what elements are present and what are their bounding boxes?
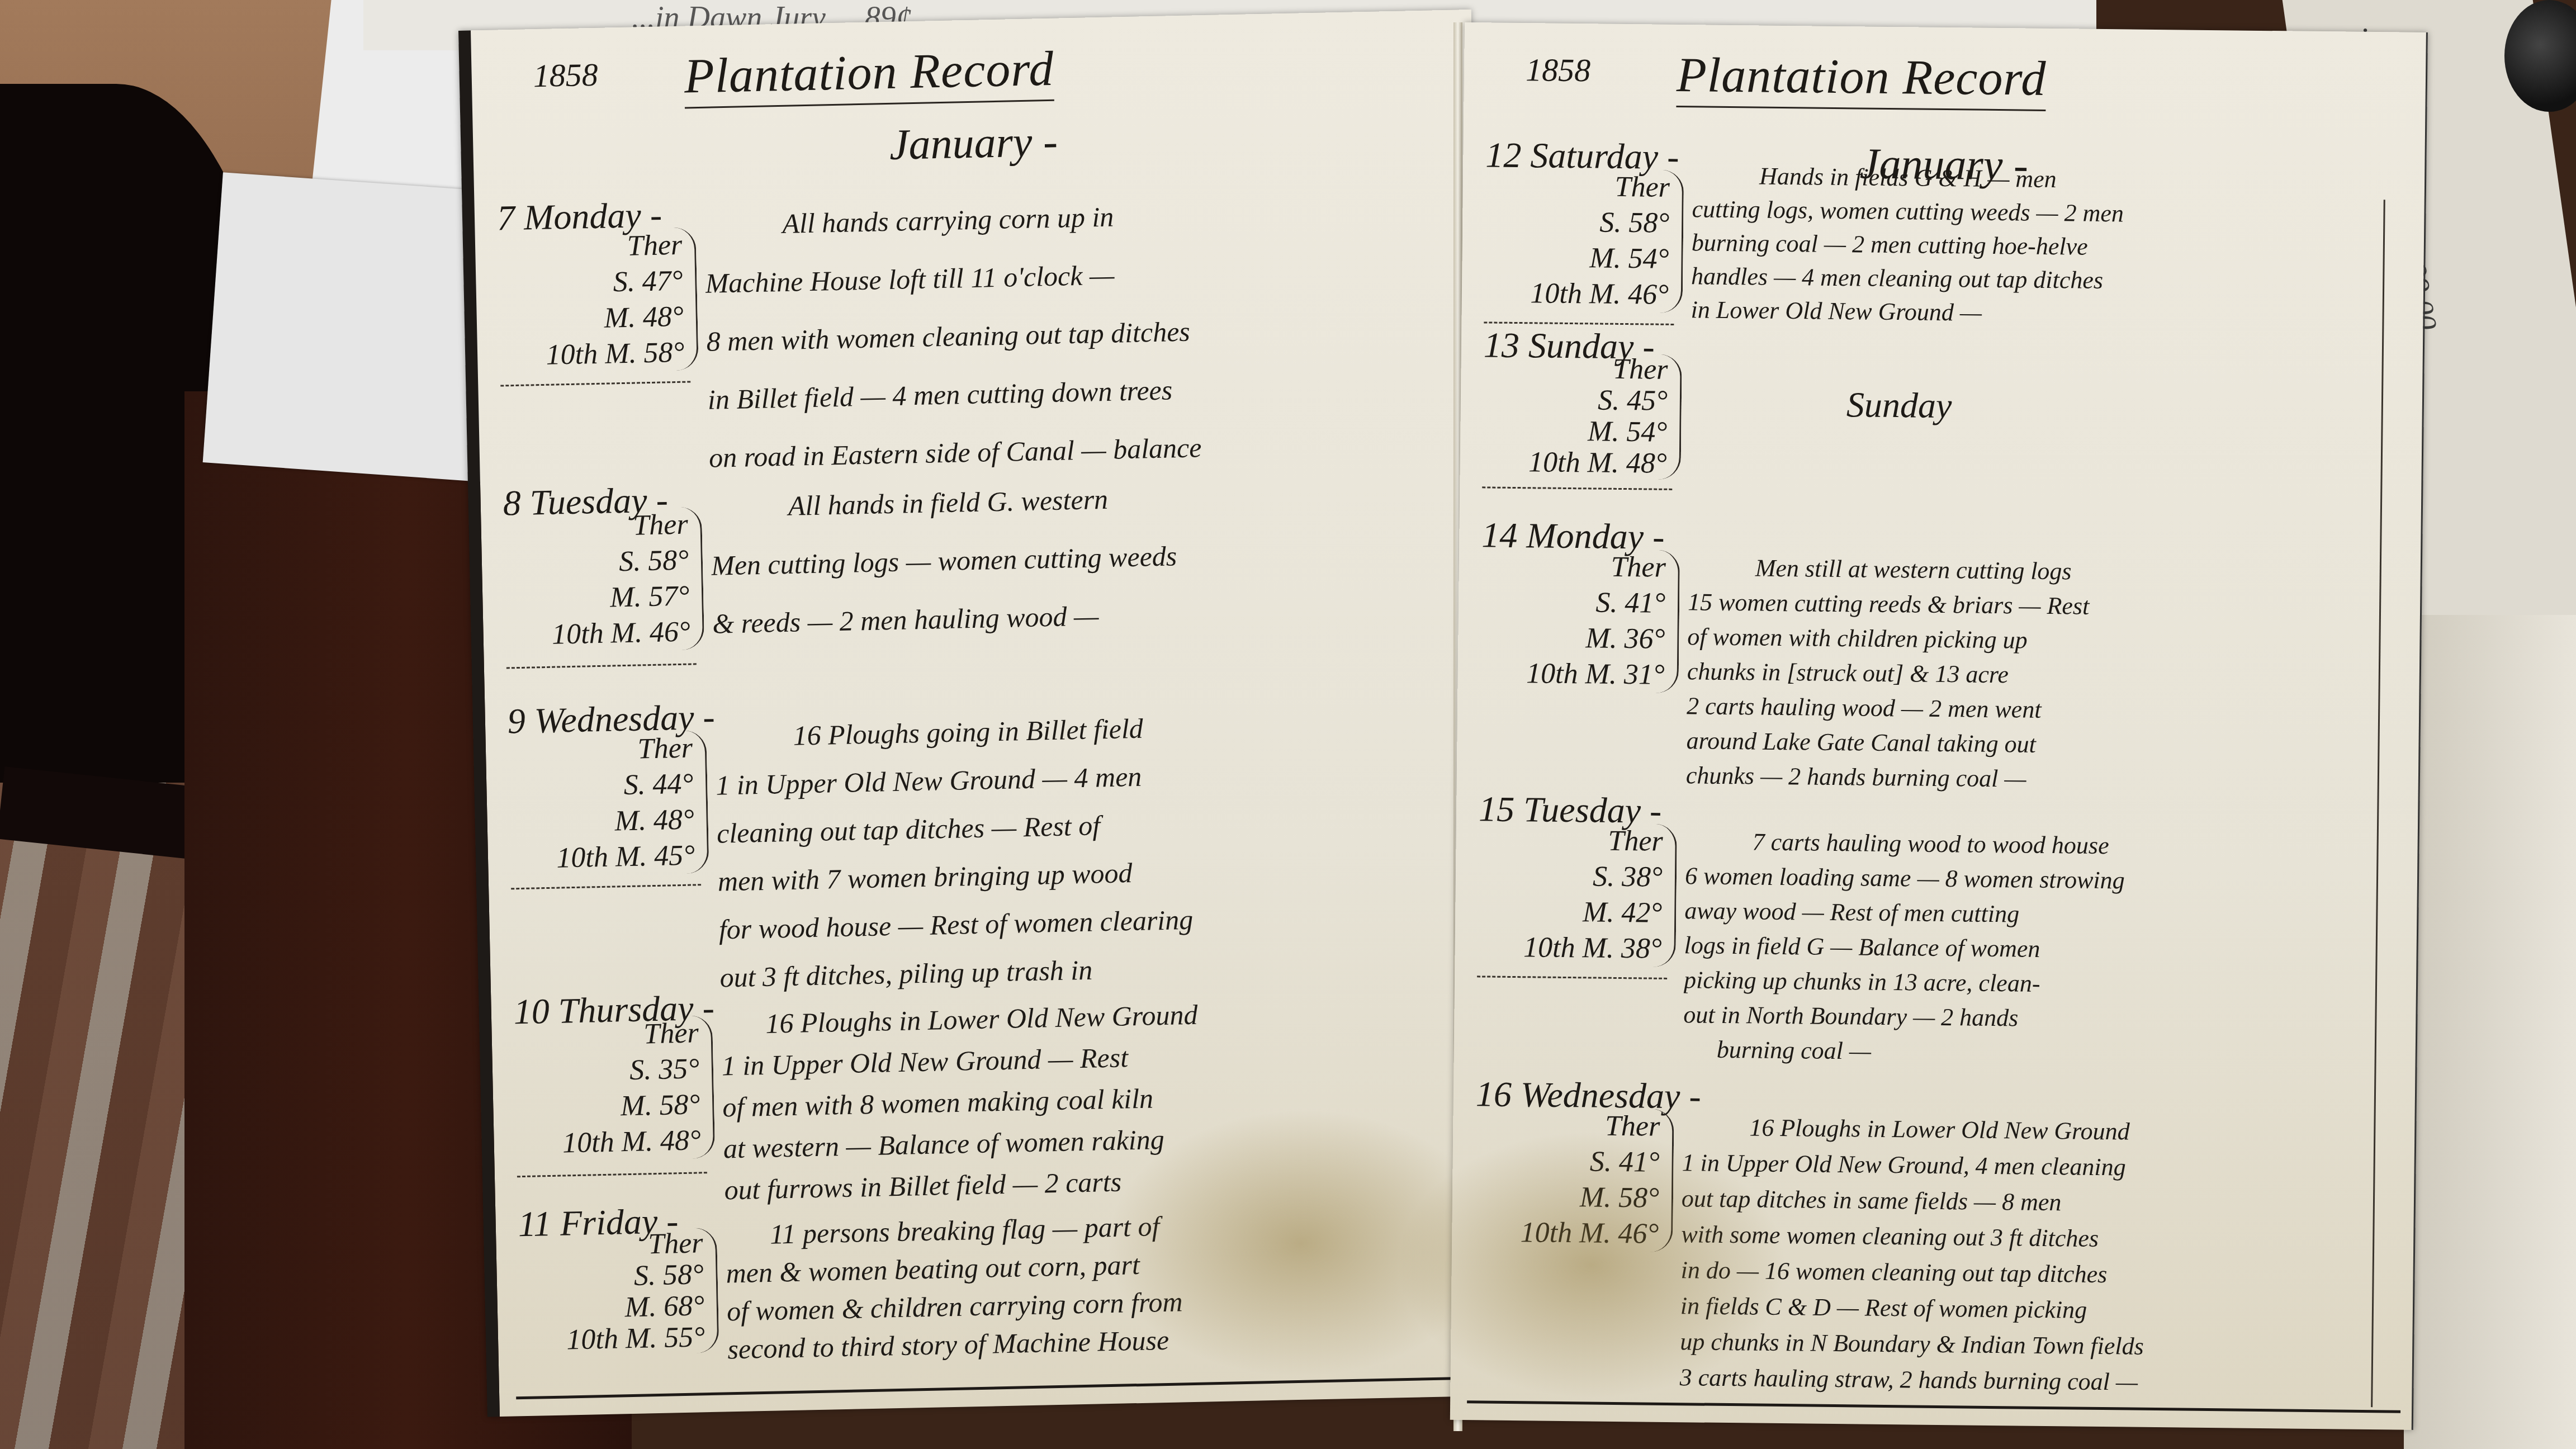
entry-divider <box>1477 976 1667 979</box>
journal-entry: 12 Saturday - Ther S. 58° M. 54° 10th M.… <box>1484 134 2408 345</box>
thermometer-readings: Ther S. 44° M. 48° 10th M. 45° <box>524 730 709 877</box>
entry-text: All hands in field G. western Men cuttin… <box>709 463 1462 653</box>
thermometer-readings: Ther S. 58° M. 57° 10th M. 46° <box>520 506 704 654</box>
page-title: Plantation Record <box>1676 47 2047 111</box>
thermometer-readings: Ther S. 58° M. 54° 10th M. 46° <box>1501 168 1684 313</box>
background-table-right <box>2404 559 2576 1449</box>
journal-entry: 13 Sunday - Ther S. 45° M. 54° 10th M. 4… <box>1482 324 2406 524</box>
entry-text: 16 Ploughs going in Billet field 1 in Up… <box>714 698 1470 1002</box>
entry-text: Men still at western cutting logs 15 wom… <box>1686 550 2398 800</box>
journal-entry: 15 Tuesday - Ther S. 38° M. 42° 10th M. … <box>1476 788 2401 1077</box>
page-header: 1858 Plantation Record <box>533 32 1451 113</box>
sunday-note: Sunday <box>1846 384 1952 427</box>
thermometer-readings: Ther S. 41° M. 36° 10th M. 31° <box>1497 548 1680 693</box>
journal-entry: 7 Monday - Ther S. 47° M. 48° 10th M. 58… <box>496 178 1464 477</box>
entry-text: All hands carrying corn up in Machine Ho… <box>703 181 1459 487</box>
journal-right-page: 1858 Plantation Record January - 12 Satu… <box>1450 22 2428 1430</box>
page-year: 1858 <box>533 56 598 94</box>
page-month: January - <box>473 107 1474 178</box>
entry-divider <box>511 884 701 889</box>
thermometer-readings: Ther S. 47° M. 48° 10th M. 58° <box>514 227 699 374</box>
water-stain <box>1394 1129 1788 1401</box>
page-title: Plantation Record <box>684 41 1055 109</box>
page-year: 1858 <box>1526 51 1591 89</box>
entry-text: 7 carts hauling wood to wood house 6 wom… <box>1683 824 2395 1074</box>
thermometer-readings: Ther S. 35° M. 58° 10th M. 48° <box>531 1015 715 1162</box>
entry-divider <box>517 1172 707 1177</box>
journal-entry: 14 Monday - Ther S. 41° M. 36° 10th M. 3… <box>1479 514 2404 792</box>
page-header: 1858 Plantation Record <box>1525 45 2403 116</box>
thermometer-readings: Ther S. 58° M. 68° 10th M. 55° <box>535 1228 719 1357</box>
entry-divider <box>1482 486 1672 490</box>
entry-divider <box>506 663 697 669</box>
thermometer-readings: Ther S. 45° M. 54° 10th M. 48° <box>1499 353 1682 480</box>
journal-entry: 9 Wednesday - Ther S. 44° M. 48° 10th M.… <box>507 680 1475 1014</box>
entry-text: Hands in fields G & H — men cutting logs… <box>1690 159 2402 334</box>
entry-divider <box>500 381 690 386</box>
journal-left-page: 1858 Plantation Record January - 7 Monda… <box>458 10 1500 1417</box>
thermometer-readings: Ther S. 38° M. 42° 10th M. 38° <box>1494 822 1677 967</box>
journal-entry: 8 Tuesday - Ther S. 58° M. 57° 10th M. 4… <box>503 463 1469 695</box>
